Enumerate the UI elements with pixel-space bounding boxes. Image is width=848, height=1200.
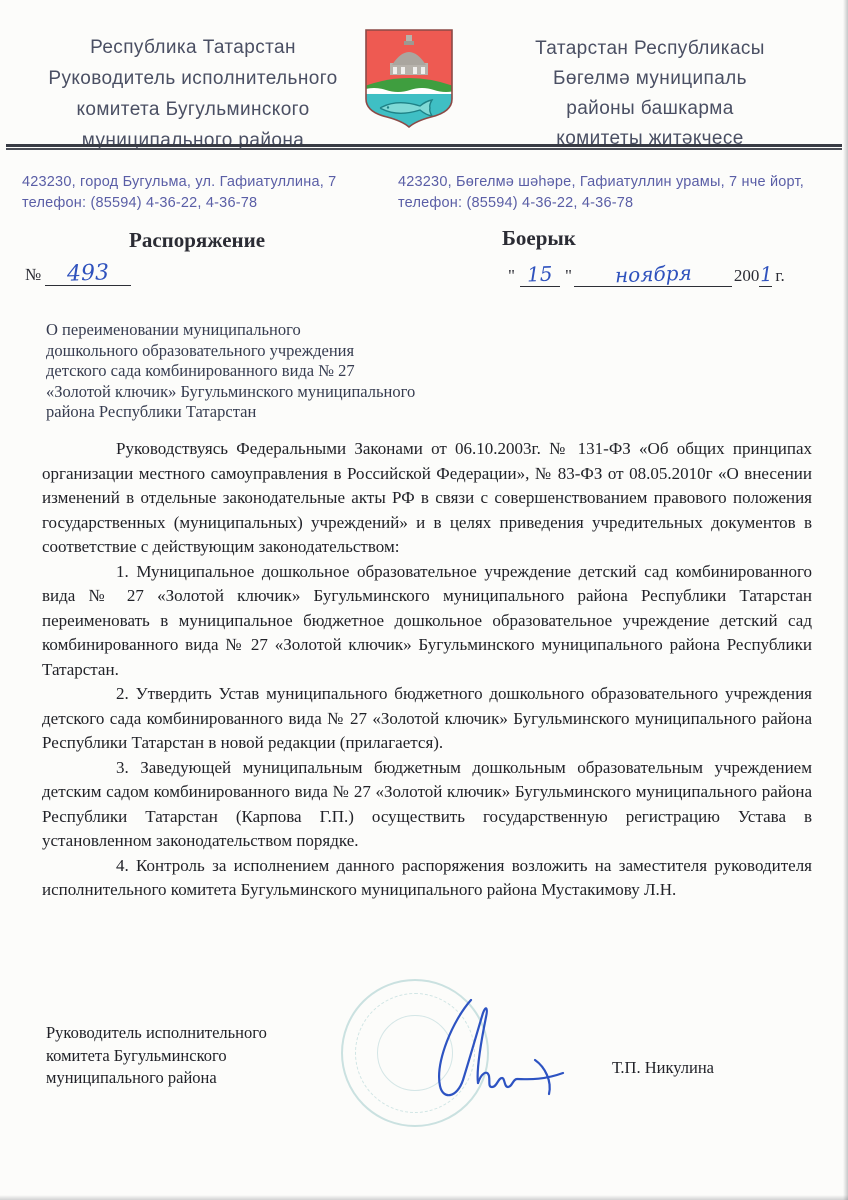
doc-title-tatar: Боерык xyxy=(502,226,576,251)
phone-line: телефон: (85594) 4-36-22, 4-36-78 xyxy=(398,193,828,214)
subject-line: района Республики Татарстан xyxy=(46,402,516,423)
signature-ink-icon xyxy=(405,986,577,1117)
subject-line: дошкольного образовательного учреждения xyxy=(46,341,516,362)
handwritten-month: ноября xyxy=(614,263,691,286)
handwritten-year-digit: 1 xyxy=(759,264,772,284)
year-printed: 200 xyxy=(734,266,760,285)
year-field: 1 xyxy=(759,264,772,287)
handwritten-number: 493 xyxy=(67,263,110,284)
doc-subject: О переименовании муниципального дошкольн… xyxy=(46,320,516,423)
scanned-document-page: Республика Татарстан Руководитель исполн… xyxy=(0,0,848,1200)
number-field: 493 xyxy=(45,264,131,286)
header-line: районы башкарма xyxy=(472,94,828,124)
body-paragraph-4: 4. Контроль за исполнением данного распо… xyxy=(42,854,812,903)
coat-of-arms-svg xyxy=(362,27,456,129)
quote-open: " xyxy=(508,266,515,285)
doc-number-row: №493 xyxy=(25,264,131,286)
header-line: Татарстан Республикасы xyxy=(472,34,828,64)
scan-edge-right xyxy=(843,0,848,1200)
signatory-name: Т.П. Никулина xyxy=(612,1058,714,1078)
subject-line: детского сада комбинированного вида № 27 xyxy=(46,361,516,382)
header-org-tatar: Татарстан Республикасы Бөгелмә муниципал… xyxy=(472,34,828,154)
doc-date-row: "15"ноября2001г. xyxy=(506,264,785,287)
body-paragraph-intro: Руководствуясь Федеральными Законами от … xyxy=(42,437,812,560)
header-line: Республика Татарстан xyxy=(34,32,352,63)
month-field: ноября xyxy=(574,264,732,287)
doc-body: Руководствуясь Федеральными Законами от … xyxy=(42,437,812,903)
phone-line: телефон: (85594) 4-36-22, 4-36-78 xyxy=(22,193,394,214)
position-line: муниципального района xyxy=(46,1067,267,1090)
header-line: Бөгелмә муниципаль xyxy=(472,64,828,94)
coat-of-arms-icon xyxy=(362,27,456,129)
header-line: Руководитель исполнительного xyxy=(34,63,352,94)
header-org-russian: Республика Татарстан Руководитель исполн… xyxy=(34,32,352,156)
contact-address-tatar: 423230, Бөгелмә шәһәре, Гафиатуллин урам… xyxy=(398,172,828,214)
header-line: комитета Бугульминского xyxy=(34,94,352,125)
body-paragraph-1: 1. Муниципальное дошкольное образователь… xyxy=(42,560,812,683)
address-line: 423230, город Бугульма, ул. Гафиатуллина… xyxy=(22,172,394,193)
address-line: 423230, Бөгелмә шәһәре, Гафиатуллин урам… xyxy=(398,172,828,193)
day-field: 15 xyxy=(520,264,560,287)
handwritten-day: 15 xyxy=(527,264,553,285)
contact-address-russian: 423230, город Бугульма, ул. Гафиатуллина… xyxy=(22,172,394,214)
header-divider xyxy=(6,144,842,150)
quote-close: " xyxy=(565,266,572,285)
scan-edge-bottom xyxy=(0,1195,848,1200)
body-paragraph-2: 2. Утвердить Устав муниципального бюджет… xyxy=(42,682,812,756)
year-suffix: г. xyxy=(775,266,784,285)
header-line: муниципального района xyxy=(34,125,352,156)
signatory-position: Руководитель исполнительного комитета Бу… xyxy=(46,1022,267,1090)
doc-title-russian: Распоряжение xyxy=(129,228,265,253)
subject-line: «Золотой ключик» Бугульминского муниципа… xyxy=(46,382,516,403)
number-label: № xyxy=(25,265,41,284)
position-line: Руководитель исполнительного xyxy=(46,1022,267,1045)
subject-line: О переименовании муниципального xyxy=(46,320,516,341)
position-line: комитета Бугульминского xyxy=(46,1045,267,1068)
body-paragraph-3: 3. Заведующей муниципальным бюджетным до… xyxy=(42,756,812,854)
